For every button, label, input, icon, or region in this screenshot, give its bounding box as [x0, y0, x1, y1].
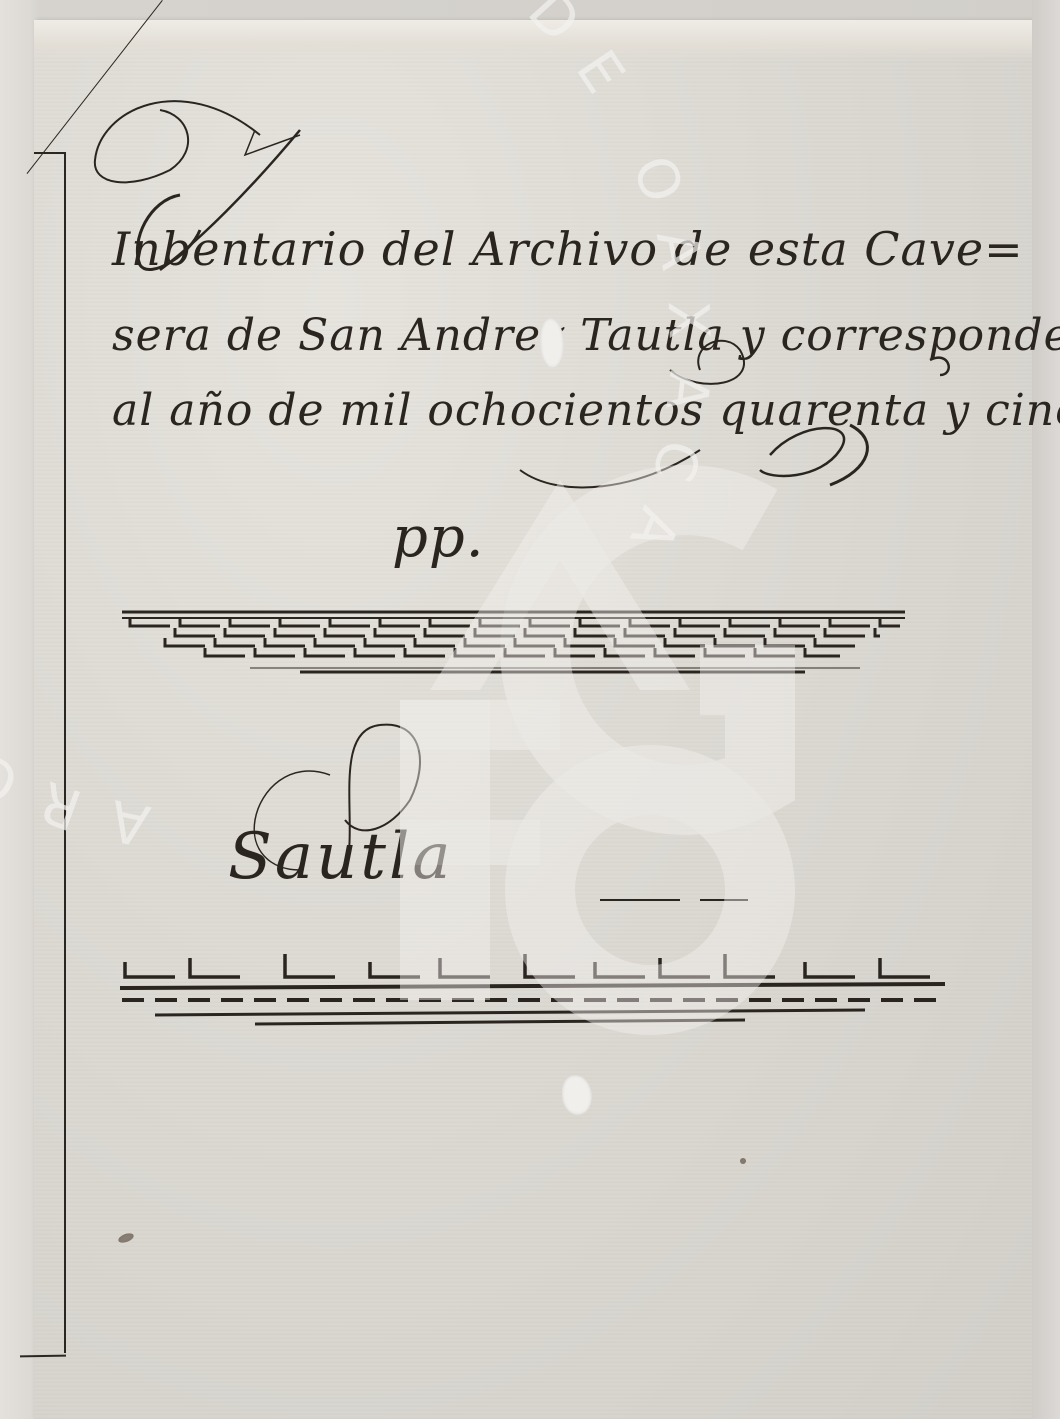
- paper-hole: [562, 1075, 592, 1115]
- paper-stain: [740, 1158, 746, 1164]
- heading-line-1: Inbentario del Archivo de esta Cave=: [112, 222, 1024, 276]
- abbreviation-pp: pp.: [392, 505, 485, 570]
- ink-decorations: [0, 0, 1060, 1419]
- place-title: Sautla: [228, 820, 454, 894]
- heading-line-2: sera de San Andrez Tautla y corresponde: [112, 310, 1060, 361]
- heading-line-3: al año de mil ochocientos quarenta y cin…: [112, 385, 1060, 436]
